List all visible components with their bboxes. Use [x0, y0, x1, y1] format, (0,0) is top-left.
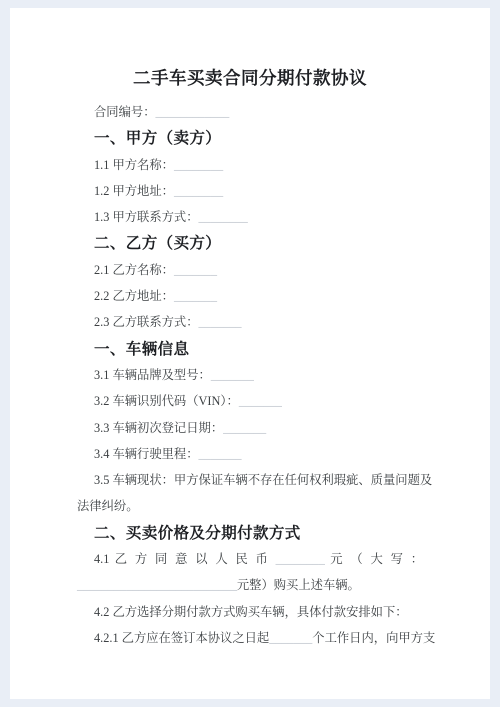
- line-text: 4.2.1 乙方应在签订本协议之日起: [94, 631, 269, 645]
- doc-line: 合同编号：____________: [77, 99, 423, 125]
- line-text: 元整）购买上述车辆。: [237, 578, 360, 592]
- doc-line: 4.2 乙方选择分期付款方式购买车辆，具体付款安排如下：: [77, 599, 423, 625]
- line-text: 2.3 乙方联系方式：: [94, 315, 199, 329]
- line-text: 2.1 乙方名称：: [94, 263, 174, 277]
- line-text: 一、车辆信息: [94, 340, 189, 358]
- blank-field: _______: [211, 368, 254, 382]
- section-heading: 二、乙方（买方）: [77, 230, 423, 256]
- doc-line: 1.1 甲方名称：________: [77, 152, 423, 178]
- line-text: 法律纠纷。: [77, 499, 139, 513]
- blank-field: _______: [199, 315, 242, 329]
- doc-line: 4.1 乙 方 同 意 以 人 民 币 ________ 元 （ 大 写 ：: [77, 546, 423, 572]
- blank-field: _______: [239, 394, 282, 408]
- line-text: 二、买卖价格及分期付款方式: [94, 524, 301, 542]
- blank-field: _______: [223, 421, 266, 435]
- blank-field: _______: [199, 447, 242, 461]
- doc-line: 1.3 甲方联系方式：________: [77, 204, 423, 230]
- line-text: 3.1 车辆品牌及型号：: [94, 368, 211, 382]
- line-text: 3.2 车辆识别代码（VIN）：: [94, 394, 239, 408]
- doc-line: 2.1 乙方名称：_______: [77, 257, 423, 283]
- contract-page: 二手车买卖合同分期付款协议 合同编号：____________一、甲方（卖方）1…: [10, 8, 490, 699]
- doc-line: 2.3 乙方联系方式：_______: [77, 309, 423, 335]
- document-lines: 合同编号：____________一、甲方（卖方）1.1 甲方名称：______…: [77, 99, 423, 651]
- blank-field: ____________: [156, 105, 230, 119]
- blank-field: ________: [174, 158, 223, 172]
- line-text: 1.3 甲方联系方式：: [94, 210, 199, 224]
- line-text: 3.5 车辆现状：甲方保证车辆不存在任何权利瑕疵、质量问题及: [94, 473, 432, 487]
- line-text: 3.3 车辆初次登记日期：: [94, 421, 223, 435]
- doc-line: 3.1 车辆品牌及型号：_______: [77, 362, 423, 388]
- blank-field: ________: [199, 210, 248, 224]
- blank-field: _______: [269, 631, 312, 645]
- line-text: 元 （ 大 写 ：: [325, 552, 423, 566]
- blank-field: ________: [276, 552, 325, 566]
- line-text: 合同编号：: [94, 105, 156, 119]
- doc-line: 3.3 车辆初次登记日期：_______: [77, 415, 423, 441]
- doc-line: 4.2.1 乙方应在签订本协议之日起_______个工作日内，向甲方支: [77, 625, 423, 651]
- line-text: 4.2 乙方选择分期付款方式购买车辆，具体付款安排如下：: [94, 605, 408, 619]
- doc-line: 3.2 车辆识别代码（VIN）：_______: [77, 388, 423, 414]
- line-text: 4.1 乙 方 同 意 以 人 民 币: [94, 552, 276, 566]
- doc-line: __________________________元整）购买上述车辆。: [77, 572, 423, 598]
- line-text: 2.2 乙方地址：: [94, 289, 174, 303]
- contract-title: 二手车买卖合同分期付款协议: [77, 66, 423, 92]
- section-heading: 二、买卖价格及分期付款方式: [77, 520, 423, 546]
- doc-line: 2.2 乙方地址：_______: [77, 283, 423, 309]
- line-text: 1.1 甲方名称：: [94, 158, 174, 172]
- line-text: 一、甲方（卖方）: [94, 129, 221, 147]
- blank-field: _______: [174, 263, 217, 277]
- line-text: 1.2 甲方地址：: [94, 184, 174, 198]
- doc-line: 3.5 车辆现状：甲方保证车辆不存在任何权利瑕疵、质量问题及: [77, 467, 423, 493]
- blank-field: _______: [174, 289, 217, 303]
- line-text: 3.4 车辆行驶里程：: [94, 447, 199, 461]
- blank-field: __________________________: [77, 578, 237, 592]
- doc-line: 法律纠纷。: [77, 493, 423, 519]
- line-text: 个工作日内，向甲方支: [312, 631, 435, 645]
- line-text: 二、乙方（买方）: [94, 234, 221, 252]
- section-heading: 一、车辆信息: [77, 336, 423, 362]
- doc-line: 1.2 甲方地址：________: [77, 178, 423, 204]
- doc-line: 3.4 车辆行驶里程：_______: [77, 441, 423, 467]
- blank-field: ________: [174, 184, 223, 198]
- section-heading: 一、甲方（卖方）: [77, 125, 423, 151]
